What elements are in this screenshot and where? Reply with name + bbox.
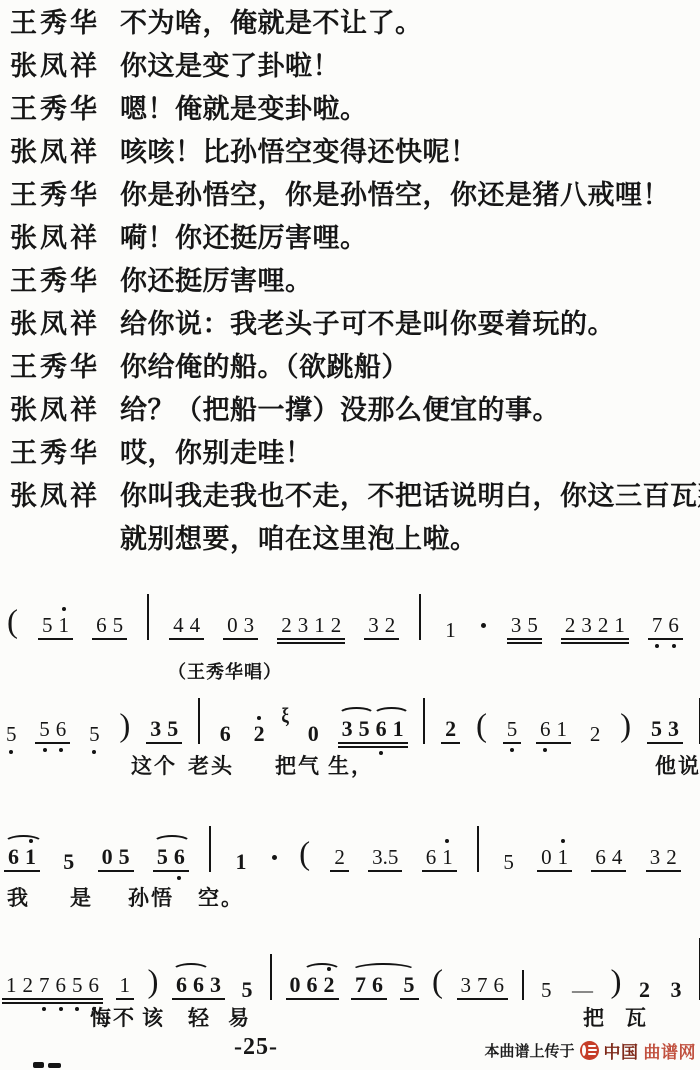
lyric-syllable: 瓦 <box>625 1002 648 1032</box>
note-group: 44 <box>169 615 204 640</box>
octave-dot-above <box>62 607 66 611</box>
note-group: 0 <box>304 724 323 744</box>
note-group: 32 <box>364 615 399 640</box>
note: 2 <box>382 615 399 635</box>
dialogue-row: 王秀华哎，你别走哇！ <box>10 436 696 479</box>
note: 3 <box>207 975 224 995</box>
note: 3 <box>339 719 356 739</box>
page-number: -25- <box>234 1034 278 1061</box>
note-group: 2321 <box>561 615 629 640</box>
note-group: 64 <box>591 847 626 872</box>
dialogue-text: 你给俺的船。（欲跳船） <box>120 350 409 384</box>
lyric-syllable: 空。 <box>198 882 244 912</box>
note: 0 <box>99 847 116 867</box>
barline <box>419 594 421 640</box>
note: 4 <box>170 615 187 635</box>
note: 3 <box>665 719 682 739</box>
lyric-syllable: 把气 <box>275 750 321 780</box>
note: 6 <box>53 719 70 739</box>
lyric-syllable: 生， <box>328 750 374 780</box>
dialogue-row: 王秀华你还挺厉害哩。 <box>10 264 696 307</box>
note-group: 56 <box>153 847 189 872</box>
note: 1 <box>232 852 249 872</box>
slur-arc <box>4 835 43 850</box>
note-group: 35 <box>507 615 542 640</box>
note: 7 <box>36 975 53 995</box>
dialogue-text: 给？（把船一撑）没那么便宜的事。 <box>120 393 560 427</box>
note: 2 <box>587 724 604 744</box>
barline <box>209 826 211 872</box>
note-group: 6 <box>216 724 235 744</box>
note-group: 376 <box>457 975 509 1000</box>
note-group: 663 <box>172 975 225 1000</box>
note: 6 <box>53 975 70 995</box>
note-group: 2 <box>250 724 269 744</box>
parenthesis: ( <box>431 964 444 1000</box>
lyric-syllable: 老头 <box>188 750 234 780</box>
cutoff-glyph <box>33 1062 44 1068</box>
dialogue-text: 哎，你别走哇！ <box>120 436 313 470</box>
lyric-syllable: 是 <box>70 882 93 912</box>
speaker-name: 王秀华 <box>10 436 104 470</box>
note: 5 <box>239 980 256 1000</box>
augmentation-dot <box>272 855 277 860</box>
note: 5 <box>36 719 53 739</box>
note: 1 <box>56 615 73 635</box>
dialogue-text: 咳咳！比孙悟空变得还快呢！ <box>120 135 478 169</box>
speaker-name: 张凤祥 <box>10 307 104 341</box>
barline <box>522 970 524 1000</box>
note: 6 <box>592 847 609 867</box>
note-group: 5 <box>400 975 419 1000</box>
augmentation-dot <box>481 623 486 628</box>
note: 7 <box>352 975 369 995</box>
note: 6 <box>5 847 22 867</box>
dialogue-text: 嗯！俺就是变卦啦。 <box>120 92 368 126</box>
note: 1 <box>3 975 20 995</box>
slur-arc <box>172 963 210 978</box>
speaker-name: 张凤祥 <box>10 135 104 169</box>
note-group: 53 <box>647 719 683 744</box>
note: 5 <box>154 847 171 867</box>
note: 6 <box>423 847 440 867</box>
octave-dot-below <box>655 644 659 648</box>
note-group: 5 <box>503 719 522 744</box>
note: 5 <box>110 615 127 635</box>
note: 5 <box>524 615 541 635</box>
barline <box>147 594 149 640</box>
note-group: 2 <box>441 719 460 744</box>
lyric-syllable: 孙悟 <box>128 882 174 912</box>
slur-arc <box>338 707 376 722</box>
notation-line: 5565)3562ξ035612(5612)53 <box>0 696 700 744</box>
lyrics-line: 悔不该轻易把瓦 <box>0 1002 700 1032</box>
parenthesis: ( <box>298 836 311 872</box>
note: 6 <box>304 975 321 995</box>
dialogue-row: 张凤祥给？（把船一撑）没那么便宜的事。 <box>10 393 696 436</box>
note: — <box>569 980 596 1000</box>
lyric-syllable: 这个 <box>131 750 177 780</box>
note-group: 2312 <box>277 615 345 640</box>
note: 1 <box>117 975 134 995</box>
note: 5 <box>538 980 555 1000</box>
speaker-name: 张凤祥 <box>10 221 104 255</box>
note-group: 1 <box>441 620 460 640</box>
qupu-logo-icon <box>580 1041 599 1060</box>
speaker-name: 张凤祥 <box>10 49 104 83</box>
dialogue-row: 王秀华不为啥，俺就是不让了。 <box>10 6 696 49</box>
note-group: 5 <box>238 980 257 1000</box>
note: 5 <box>116 847 133 867</box>
note: 2 <box>663 847 680 867</box>
dialogue-row: 张凤祥你这是变了卦啦！ <box>10 49 696 92</box>
note: 1 <box>442 620 459 640</box>
speaker-name: 王秀华 <box>10 92 104 126</box>
note-group: 61 <box>422 847 457 872</box>
note: 0 <box>287 975 304 995</box>
notation-line: 1276561)6635062765(3765—)23 <box>0 952 700 1000</box>
dialogue-text: 嗬！你还挺厉害哩。 <box>120 221 368 255</box>
note: 2 <box>251 724 268 744</box>
note: 1 <box>555 847 572 867</box>
note: 3 <box>295 615 312 635</box>
note: 3.5 <box>369 847 401 867</box>
note: 6 <box>190 975 207 995</box>
barline <box>198 698 200 744</box>
note-group: 5 <box>2 724 21 744</box>
slur-arc <box>153 835 192 850</box>
lyrics-line: 这个老头把气生，他说 <box>0 750 700 780</box>
note-group: 1 <box>116 975 135 1000</box>
note-group: — <box>568 980 597 1000</box>
note: 6 <box>665 615 682 635</box>
note: 5 <box>86 724 103 744</box>
dialogue-section: 王秀华不为啥，俺就是不让了。张凤祥你这是变了卦啦！王秀华嗯！俺就是变卦啦。张凤祥… <box>10 6 696 565</box>
dialogue-row: 张凤祥给你说：我老头子可不是叫你耍着玩的。 <box>10 307 696 350</box>
watermark-text: 本曲谱上传于 <box>484 1040 574 1061</box>
speaker-name: 王秀华 <box>10 350 104 384</box>
note: 1 <box>22 847 39 867</box>
speaker-name: 张凤祥 <box>10 479 104 513</box>
note-group: 2 <box>330 847 349 872</box>
parenthesis: ) <box>147 964 160 1000</box>
note: 1 <box>439 847 456 867</box>
note-group: 76 <box>648 615 683 640</box>
note: 5 <box>504 719 521 739</box>
note-group: 127656 <box>2 975 103 1000</box>
dialogue-text: 你还挺厉害哩。 <box>120 264 313 298</box>
note-group: 61 <box>4 847 40 872</box>
dialogue-row: 王秀华你给俺的船。（欲跳船） <box>10 350 696 393</box>
note: 1 <box>554 719 571 739</box>
speaker-name: 王秀华 <box>10 6 104 40</box>
note-group: 062 <box>286 975 339 1000</box>
note-group: 1 <box>231 852 250 872</box>
dialogue-text: 你是孙悟空，你是孙悟空，你还是猪八戒哩！ <box>120 178 670 212</box>
note: 6 <box>373 719 390 739</box>
dialogue-text: 你叫我走我也不走，不把话说明白，你这三百瓦那 <box>120 479 700 513</box>
speaker-name: 王秀华 <box>10 264 104 298</box>
note: 3 <box>241 615 258 635</box>
note: 5 <box>401 975 418 995</box>
note-group: 05 <box>98 847 134 872</box>
lyric-syllable: 他说 <box>655 750 700 780</box>
lyric-syllable: 把 <box>583 1002 606 1032</box>
dialogue-text: 不为啥，俺就是不让了。 <box>120 6 423 40</box>
lyric-syllable: 该 <box>142 1002 165 1032</box>
dialogue-row: 张凤祥咳咳！比孙悟空变得还快呢！ <box>10 135 696 178</box>
note: 6 <box>491 975 508 995</box>
ornament-icon: ξ <box>281 705 289 726</box>
octave-dot-above <box>561 839 565 843</box>
note: 7 <box>649 615 666 635</box>
note: 5 <box>3 724 20 744</box>
lyric-syllable: 轻 <box>188 1002 211 1032</box>
octave-dot-below <box>672 644 676 648</box>
lyric-syllable: 我 <box>7 882 30 912</box>
parenthesis: ) <box>610 964 623 1000</box>
note: 6 <box>217 724 234 744</box>
note-group: 3 <box>667 980 686 1000</box>
lyric-syllable: 易 <box>228 1002 251 1032</box>
note-group: 01 <box>537 847 572 872</box>
barline <box>477 826 479 872</box>
note: 4 <box>187 615 204 635</box>
note-group: 61 <box>536 719 571 744</box>
note: 3 <box>508 615 525 635</box>
octave-dot-above <box>445 839 449 843</box>
cutoff-glyph <box>48 1063 61 1068</box>
note: 2 <box>321 975 338 995</box>
parenthesis: ) <box>118 708 131 744</box>
note-group: 5 <box>85 724 104 744</box>
note: 6 <box>537 719 554 739</box>
dialogue-row: 张凤祥你叫我走我也不走，不把话说明白，你这三百瓦那 <box>10 479 696 522</box>
note: 3 <box>365 615 382 635</box>
note: 5 <box>164 719 181 739</box>
score-page: 王秀华不为啥，俺就是不让了。张凤祥你这是变了卦啦！王秀华嗯！俺就是变卦啦。张凤祥… <box>0 0 700 1070</box>
note: 6 <box>171 847 188 867</box>
note: 5 <box>69 975 86 995</box>
slur-arc <box>303 963 341 978</box>
note: 5 <box>500 852 517 872</box>
note-group: 03 <box>223 615 258 640</box>
parenthesis: ) <box>619 708 632 744</box>
note: 3 <box>147 719 164 739</box>
watermark-site-name-2: 曲谱网 <box>644 1038 697 1063</box>
note: 5 <box>648 719 665 739</box>
note: 5 <box>60 852 77 872</box>
note: 3 <box>668 980 685 1000</box>
note-group: 3561 <box>338 719 408 744</box>
watermark: 本曲谱上传于 中国曲谱网 <box>484 1038 696 1063</box>
dialogue-row: 张凤祥嗬！你还挺厉害哩。 <box>10 221 696 264</box>
note-group: 5 <box>537 980 556 1000</box>
lyrics-line: 我是孙悟空。 <box>0 882 700 912</box>
note: 2 <box>328 615 345 635</box>
lyric-syllable: 悔不 <box>90 1002 136 1032</box>
note: 3 <box>647 847 664 867</box>
dialogue-row: 王秀华嗯！俺就是变卦啦。 <box>10 92 696 135</box>
note: 3 <box>578 615 595 635</box>
note-group: 2 <box>586 724 605 744</box>
note-group: 5 <box>499 852 518 872</box>
note: 3 <box>458 975 475 995</box>
note-group: 2 <box>635 980 654 1000</box>
slur-arc <box>373 707 411 722</box>
note: 6 <box>173 975 190 995</box>
note: 2 <box>20 975 37 995</box>
note-group: 76 <box>351 975 387 1000</box>
barline <box>270 954 272 1000</box>
dialogue-row: 王秀华你是孙悟空，你是孙悟空，你还是猪八戒哩！ <box>10 178 696 221</box>
note: 7 <box>474 975 491 995</box>
note: 5 <box>39 615 56 635</box>
singer-label: （王秀华唱） <box>168 658 282 684</box>
note: 6 <box>369 975 386 995</box>
note: 2 <box>331 847 348 867</box>
note: 4 <box>609 847 626 867</box>
note: 6 <box>86 975 103 995</box>
note: 2 <box>562 615 579 635</box>
note-group: 65 <box>92 615 127 640</box>
note: 0 <box>224 615 241 635</box>
parenthesis: ( <box>6 604 19 640</box>
note: 0 <box>305 724 322 744</box>
note: 1 <box>311 615 328 635</box>
parenthesis: ( <box>475 708 488 744</box>
octave-dot-above <box>257 716 261 720</box>
note: 2 <box>636 980 653 1000</box>
note-group: 5 <box>59 852 78 872</box>
note: 2 <box>595 615 612 635</box>
note-group: 32 <box>646 847 681 872</box>
speaker-name: 王秀华 <box>10 178 104 212</box>
octave-dot-below <box>177 876 181 880</box>
note-group: 35 <box>146 719 182 744</box>
note: 2 <box>278 615 295 635</box>
notation-line: (51654403231232135232176 <box>0 592 700 640</box>
barline <box>423 698 425 744</box>
dialogue-text: 给你说：我老头子可不是叫你耍着玩的。 <box>120 307 615 341</box>
notation-line: 61505561(23.5615016432 <box>0 824 700 872</box>
note-group: 51 <box>38 615 73 640</box>
note: 2 <box>442 719 459 739</box>
note: 5 <box>356 719 373 739</box>
note-group: 56 <box>35 719 70 744</box>
note: 1 <box>390 719 407 739</box>
watermark-site-name-1: 中国 <box>604 1038 639 1063</box>
dialogue-text: 你这是变了卦啦！ <box>120 49 340 83</box>
note-group: 3.5 <box>368 847 402 872</box>
dialogue-text: 就别想要，咱在这里泡上啦。 <box>120 522 478 556</box>
note: 1 <box>611 615 628 635</box>
speaker-name: 张凤祥 <box>10 393 104 427</box>
dialogue-row: 就别想要，咱在这里泡上啦。 <box>10 522 696 565</box>
note: 6 <box>93 615 110 635</box>
note: 0 <box>538 847 555 867</box>
